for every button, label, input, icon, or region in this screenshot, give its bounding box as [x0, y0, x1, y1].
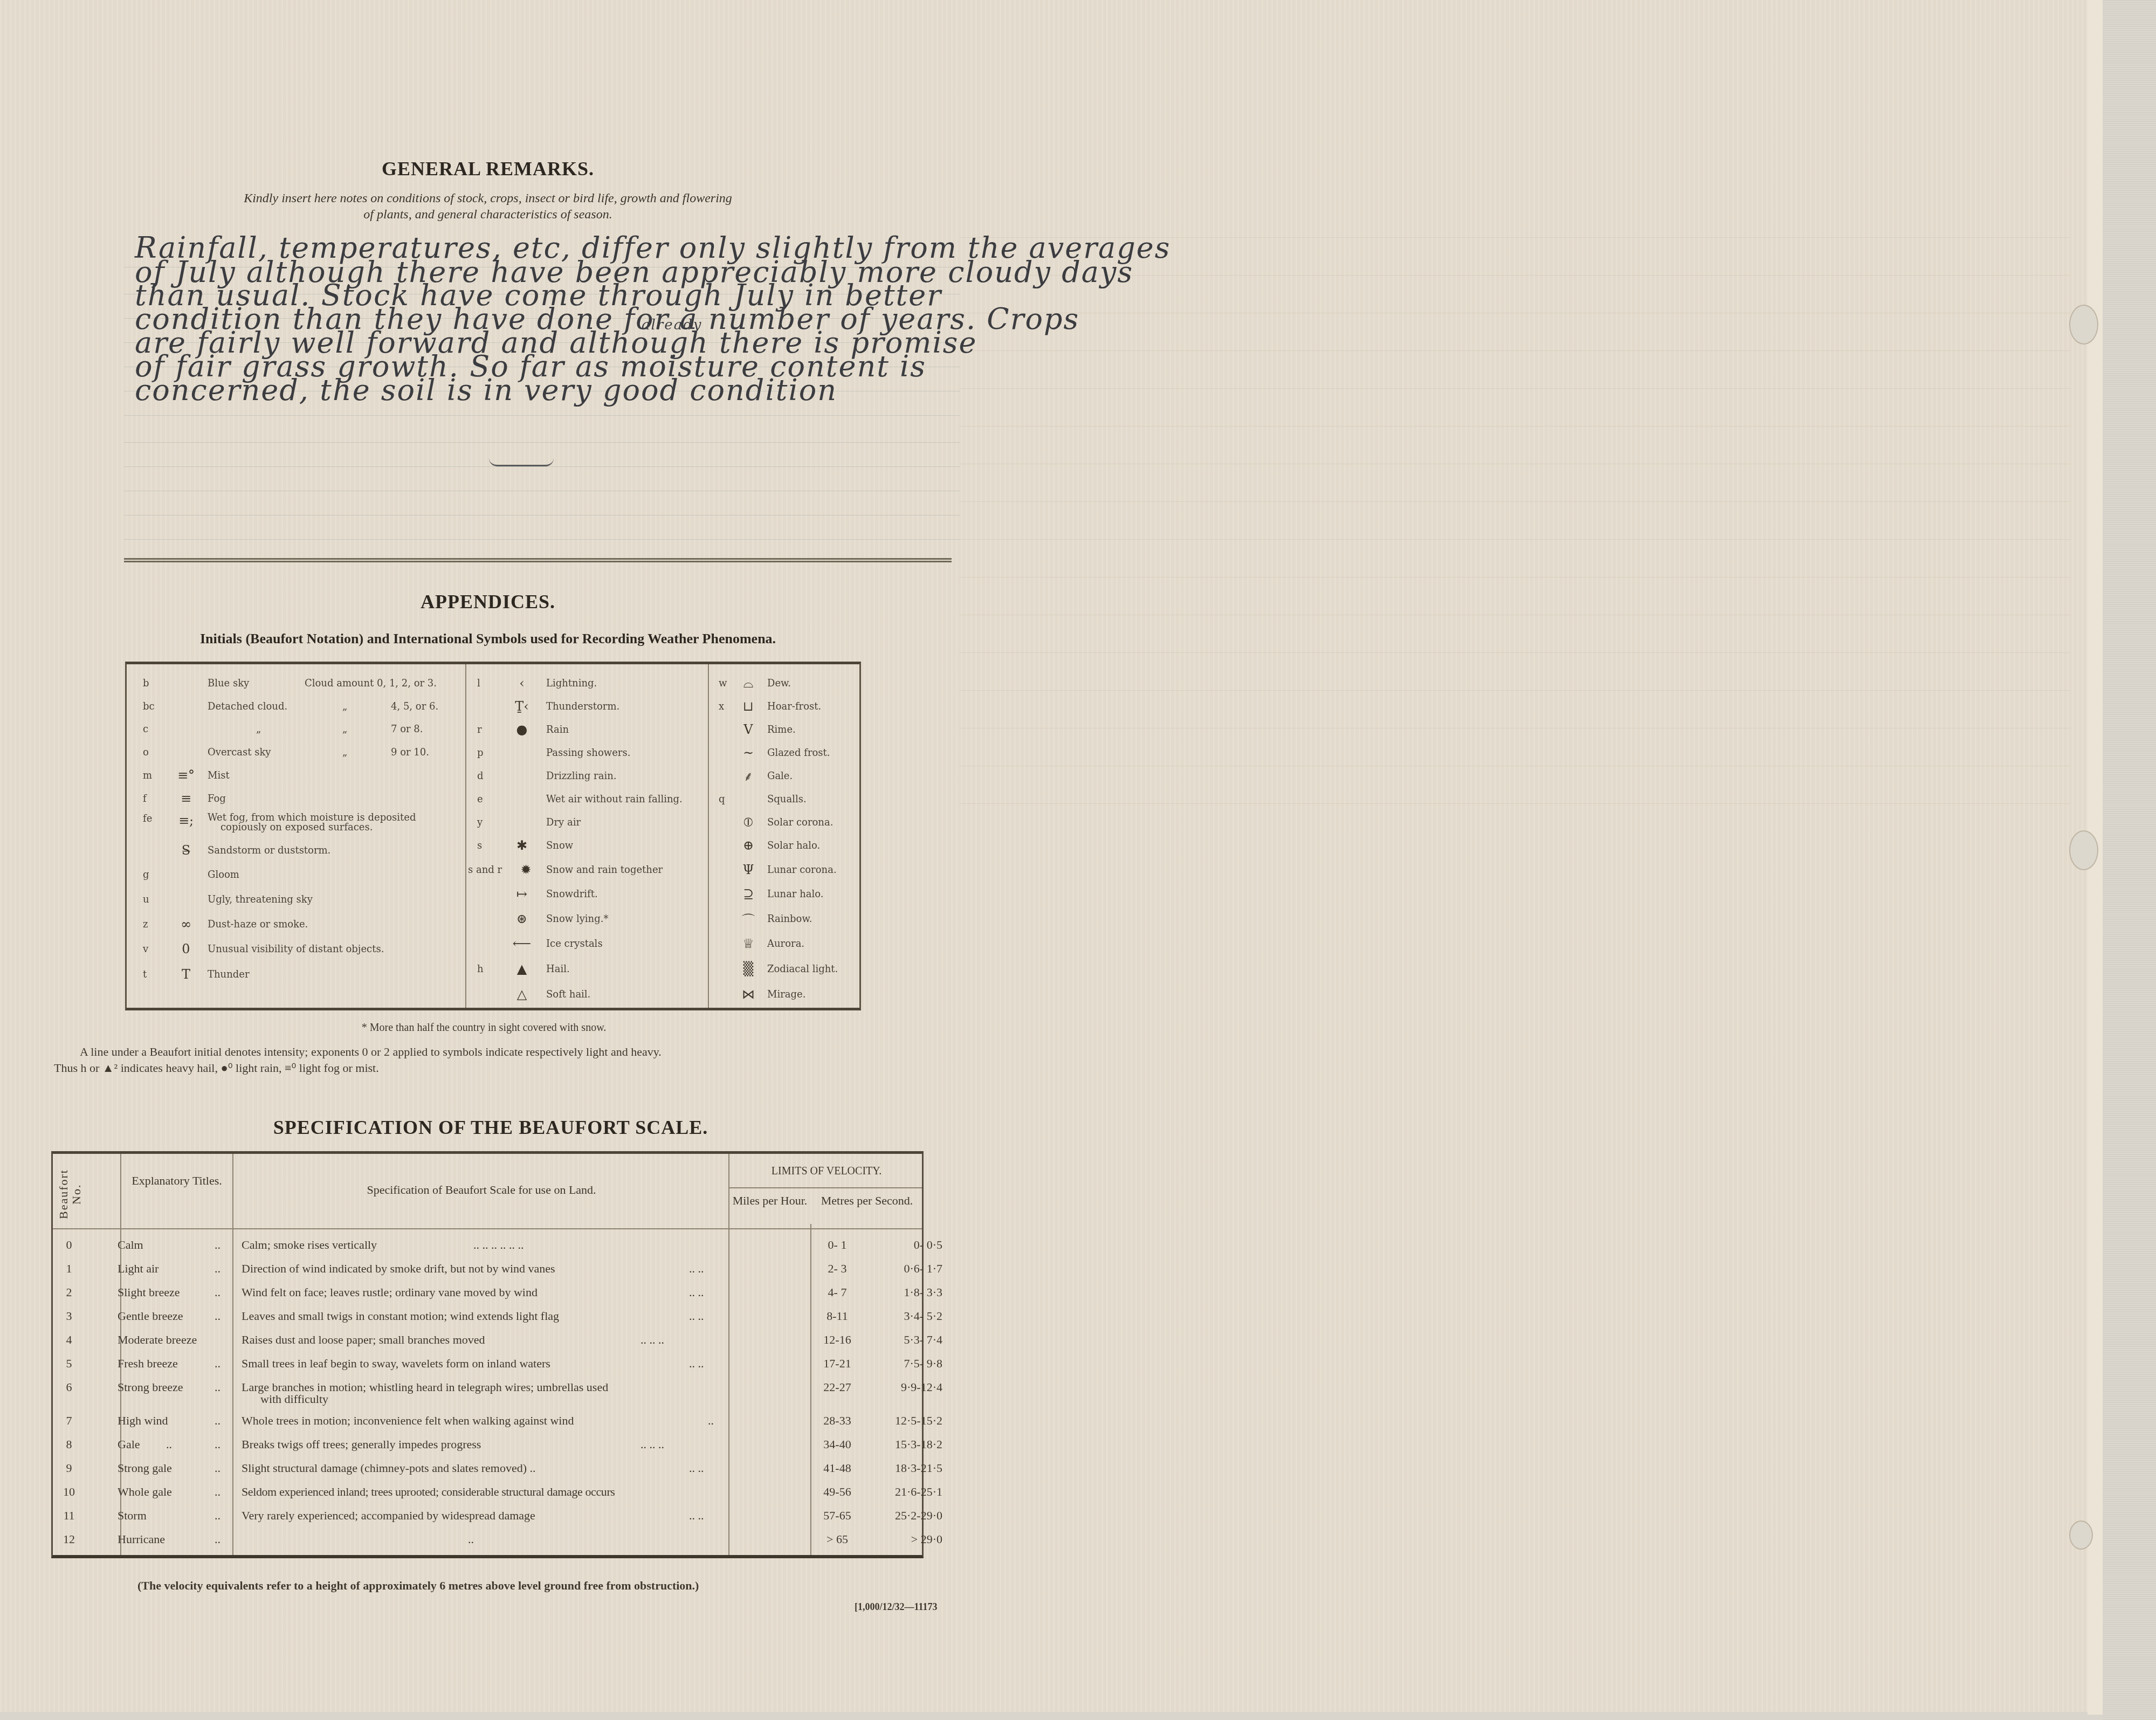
beaufort-number: 3 — [53, 1309, 85, 1323]
beaufort-initial: l — [465, 678, 498, 689]
metres-per-second: 0- 0·5 — [878, 1238, 959, 1252]
lightning-icon: ‹ — [498, 676, 546, 691]
symbols-column-2: l‹Lightning. Ṯ‹Thunderstorm. r●Rain pPa… — [465, 664, 709, 1008]
symbol-row: qSqualls. — [708, 788, 859, 810]
fog-icon: ≡ — [164, 791, 208, 806]
explanatory-title: High wind — [118, 1414, 168, 1428]
leader-dots: .. .. .. — [640, 1333, 664, 1347]
symbol-row: s✱Snow — [465, 835, 708, 856]
cloud-amount: Cloud amount 0, 1, 2, or 3. — [305, 678, 437, 689]
specification: Seldom experienced inland; trees uproote… — [242, 1485, 615, 1499]
cloud-amount: 4, 5, or 6. — [391, 701, 438, 712]
beaufort-initial: y — [465, 817, 498, 828]
leader-dots: .. .. .. — [640, 1437, 664, 1451]
symbol-row: ΨLunar corona. — [708, 859, 859, 880]
explanatory-title: Moderate breeze — [118, 1333, 197, 1347]
miles-per-hour: 17-21 — [808, 1357, 867, 1371]
symbol-row: l‹Lightning. — [465, 672, 708, 694]
leader-dots: .. .. — [689, 1509, 704, 1523]
solar-halo-icon: ⊕ — [729, 838, 767, 853]
ice-crystals-icon: ⟵ — [498, 936, 546, 951]
symbol-row: tTThunder — [127, 964, 465, 985]
explanatory-title: Calm — [118, 1238, 143, 1252]
beaufort-number: 1 — [53, 1262, 85, 1276]
explanatory-title: Slight breeze — [118, 1285, 180, 1299]
specification: Whole trees in motion; inconvenience fel… — [242, 1414, 574, 1428]
table-row: 8Gale....Breaks twigs off trees; general… — [53, 1433, 922, 1457]
cloud-amount: 9 or 10. — [391, 747, 429, 758]
soft-hail-icon: △ — [498, 987, 546, 1002]
header-miles-per-hour: Miles per Hour. — [732, 1194, 808, 1207]
beaufort-initial: h — [465, 964, 498, 975]
leader-dots: .. .. .. .. .. .. — [473, 1238, 524, 1252]
explanatory-title: Light air — [118, 1262, 159, 1276]
symbol-description: Squalls. — [767, 794, 859, 805]
symbol-description: Rain — [546, 724, 708, 735]
symbol-row: pPassing showers. — [465, 742, 708, 763]
weather-symbols-table: bBlue skyCloud amount 0, 1, 2, or 3. bcD… — [125, 662, 861, 1010]
symbol-description: Hoar-frost. — [767, 701, 859, 712]
specification: Leaves and small twigs in constant motio… — [242, 1309, 559, 1323]
metres-per-second: 18·3-21·5 — [878, 1461, 959, 1475]
beaufort-number: 10 — [53, 1485, 85, 1499]
leader-dots: .. .. — [689, 1285, 704, 1299]
metres-per-second: 12·5-15·2 — [878, 1414, 959, 1428]
symbol-row: bBlue skyCloud amount 0, 1, 2, or 3. — [127, 672, 465, 694]
specification-continued: with difficulty — [260, 1392, 328, 1406]
symbol-row: gGloom — [127, 864, 465, 885]
symbol-row: f≡Fog — [127, 788, 465, 809]
symbol-row: eWet air without rain falling. — [465, 788, 708, 810]
beaufort-initial: t — [127, 969, 164, 980]
hoar-frost-icon: ⊔ — [729, 699, 767, 714]
aurora-icon: ♕ — [729, 936, 767, 951]
miles-per-hour: 4- 7 — [808, 1285, 867, 1299]
symbol-row: yDry air — [465, 811, 708, 833]
symbol-description: Solar corona. — [767, 817, 859, 828]
snow-footnote: * More than half the country in sight co… — [124, 1022, 844, 1034]
symbol-description: Rime. — [767, 724, 859, 735]
wet-fog-icon: ≡; — [164, 813, 208, 828]
table-row: 7High wind..Whole trees in motion; incon… — [53, 1409, 922, 1433]
beaufort-initial: o — [127, 747, 164, 758]
explanatory-title: Fresh breeze — [118, 1357, 178, 1371]
symbol-description: Sandstorm or duststorm. — [208, 845, 465, 856]
symbol-description: Thunderstorm. — [546, 701, 708, 712]
backing-cloth — [2103, 0, 2156, 1720]
symbol-row: S̶Sandstorm or duststorm. — [127, 840, 465, 861]
metres-per-second: > 29·0 — [878, 1532, 959, 1546]
explanatory-title: Gale — [118, 1437, 140, 1451]
beaufort-initial: u — [127, 894, 164, 905]
metres-per-second: 7·5- 9·8 — [878, 1357, 959, 1371]
specification: Raises dust and loose paper; small branc… — [242, 1333, 485, 1347]
symbol-description: Passing showers. — [546, 747, 708, 759]
symbol-description: Snow lying.* — [546, 913, 708, 925]
beaufort-heading: SPECIFICATION OF THE BEAUFORT SCALE. — [124, 1116, 857, 1139]
symbol-row: ⊕Solar halo. — [708, 835, 859, 856]
symbol-row: ⦶Solar corona. — [708, 811, 859, 833]
specification: Small trees in leaf begin to sway, wavel… — [242, 1357, 550, 1371]
symbol-row: c„„7 or 8. — [127, 718, 465, 740]
metres-per-second: 9·9-12·4 — [878, 1380, 959, 1394]
intensity-note-line1: A line under a Beaufort initial denotes … — [80, 1045, 662, 1059]
symbol-row: x⊔Hoar-frost. — [708, 696, 859, 717]
beaufort-initial: g — [127, 869, 164, 880]
beaufort-initial: b — [127, 678, 164, 689]
mirage-icon: ⋈ — [729, 987, 767, 1002]
leader-dots: .. — [708, 1414, 714, 1428]
snow-icon: ✱ — [498, 838, 546, 853]
beaufort-initial: fe — [127, 813, 164, 824]
symbol-row: uUgly, threatening sky — [127, 889, 465, 910]
snowdrift-icon: ↦ — [498, 886, 546, 902]
beaufort-initial: q — [708, 794, 729, 805]
metres-per-second: 25·2-29·0 — [878, 1509, 959, 1523]
symbol-description: Thunder — [208, 969, 465, 980]
metres-per-second: 5·3- 7·4 — [878, 1333, 959, 1347]
beaufort-initial: f — [127, 793, 164, 804]
beaufort-initial: z — [127, 919, 164, 930]
symbol-row: ⊇Lunar halo. — [708, 883, 859, 905]
miles-per-hour: 2- 3 — [808, 1262, 867, 1276]
symbol-description: Dry air — [546, 817, 708, 828]
dust-haze-icon: ∞ — [164, 917, 208, 932]
beaufort-initial: x — [708, 701, 729, 712]
symbol-description: Gale. — [767, 770, 859, 782]
miles-per-hour: 0- 1 — [808, 1238, 867, 1252]
symbol-row: ⸙Gale. — [708, 765, 859, 787]
symbol-description: Ice crystals — [546, 938, 708, 950]
beaufort-initial: c — [127, 724, 164, 735]
signature-flourish — [489, 458, 554, 466]
table-row: 0Calm..Calm; smoke rises vertically.. ..… — [53, 1234, 922, 1257]
symbol-description: Gloom — [208, 869, 465, 880]
hail-icon: ▲ — [498, 961, 546, 976]
symbol-row: ▒Zodiacal light. — [708, 958, 859, 980]
specification: Very rarely experienced; accompanied by … — [242, 1509, 535, 1523]
specification: Breaks twigs off trees; generally impede… — [242, 1437, 481, 1451]
symbol-description: Mirage. — [767, 989, 859, 1000]
symbol-row: △Soft hail. — [465, 983, 708, 1005]
beaufort-scale-table: Beaufort No. Explanatory Titles. Specifi… — [51, 1151, 924, 1558]
symbol-description: Ugly, threatening sky — [208, 894, 465, 905]
explanatory-title: Strong gale — [118, 1461, 172, 1475]
miles-per-hour: 12-16 — [808, 1333, 867, 1347]
explanatory-title: Strong breeze — [118, 1380, 183, 1394]
thunderstorm-icon: Ṯ‹ — [498, 699, 546, 714]
symbol-row: fe≡;Wet fog, from which moisture is depo… — [127, 811, 465, 840]
symbols-subheading: Initials (Beaufort Notation) and Interna… — [124, 631, 852, 647]
symbol-description: Unusual visibility of distant objects. — [208, 944, 465, 955]
lunar-halo-icon: ⊇ — [729, 886, 767, 902]
remarks-instructions-line2: of plants, and general characteristics o… — [124, 208, 852, 222]
dew-icon: ⌓ — [729, 676, 767, 691]
beaufort-initial: p — [465, 747, 498, 759]
metres-per-second: 15·3-18·2 — [878, 1437, 959, 1451]
header-metres-per-second: Metres per Second. — [813, 1194, 921, 1207]
leader-dots: .. .. — [689, 1461, 704, 1475]
snow-and-rain-icon: ✹ — [506, 862, 546, 877]
header-limits-of-velocity: LIMITS OF VELOCITY. — [730, 1165, 923, 1178]
beaufort-initial: w — [708, 678, 729, 689]
symbol-row: s and r✹Snow and rain together — [465, 859, 708, 880]
beaufort-number: 8 — [53, 1437, 85, 1451]
beaufort-number: 12 — [53, 1532, 85, 1546]
table-row: 5Fresh breeze..Small trees in leaf begin… — [53, 1352, 922, 1376]
beaufort-initial: m — [127, 770, 164, 781]
specification: Slight structural damage (chimney-pots a… — [242, 1461, 536, 1475]
symbol-row: m≡°Mist — [127, 765, 465, 786]
symbol-row: ⋈Mirage. — [708, 983, 859, 1005]
handwritten-insertion: already — [642, 318, 702, 332]
table-row: 4Moderate breezeRaises dust and loose pa… — [53, 1329, 922, 1352]
symbol-description: Aurora. — [767, 938, 859, 950]
rain-icon: ● — [498, 722, 546, 737]
beaufort-initial: e — [465, 794, 498, 805]
solar-corona-icon: ⦶ — [729, 815, 767, 830]
beaufort-number: 6 — [53, 1380, 85, 1394]
symbol-row: Ṯ‹Thunderstorm. — [465, 696, 708, 717]
beaufort-initial: s — [465, 840, 498, 851]
snow-lying-icon: ⊛ — [498, 911, 546, 926]
punch-hole — [2069, 830, 2098, 870]
beaufort-initial: s and r — [465, 864, 506, 876]
leader-dots: .. .. — [689, 1357, 704, 1371]
intensity-note-line2: Thus h or ▲² indicates heavy hail, ●⁰ li… — [54, 1061, 379, 1075]
miles-per-hour: 28-33 — [808, 1414, 867, 1428]
handwritten-line: concerned, the soil is in very good cond… — [135, 374, 837, 407]
beaufort-initial: bc — [127, 701, 164, 712]
cloud-amount: 7 or 8. — [391, 724, 423, 735]
explanatory-title: Storm — [118, 1509, 147, 1523]
symbol-description: Wet fog, from which moisture is deposite… — [208, 813, 465, 833]
zodiacal-light-icon: ▒ — [729, 961, 767, 976]
miles-per-hour: 22-27 — [808, 1380, 867, 1394]
general-remarks-heading: GENERAL REMARKS. — [124, 157, 852, 180]
symbol-row: ⌒Rainbow. — [708, 908, 859, 930]
beaufort-number: 9 — [53, 1461, 85, 1475]
ditto-mark: „ — [342, 701, 347, 712]
symbol-description: Dust-haze or smoke. — [208, 919, 465, 930]
symbol-row: ↦Snowdrift. — [465, 883, 708, 905]
metres-per-second: 21·6-25·1 — [878, 1485, 959, 1499]
ditto-mark: „ — [342, 724, 347, 735]
table-row: 6Strong breeze..Large branches in motion… — [53, 1376, 922, 1409]
metres-per-second: 1·8- 3·3 — [878, 1285, 959, 1299]
symbol-description: Zodiacal light. — [767, 964, 859, 975]
visibility-icon: 0 — [164, 941, 208, 957]
symbol-row: z∞Dust-haze or smoke. — [127, 913, 465, 935]
header-beaufort-no: Beaufort No. — [57, 1165, 79, 1224]
specification: Direction of wind indicated by smoke dri… — [242, 1262, 555, 1276]
punch-hole — [2069, 305, 2098, 345]
symbol-description: Rainbow. — [767, 913, 859, 925]
miles-per-hour: 34-40 — [808, 1437, 867, 1451]
remarks-instructions-line1: Kindly insert here notes on conditions o… — [124, 191, 852, 206]
symbol-row: v0Unusual visibility of distant objects. — [127, 938, 465, 960]
header-specification: Specification of Beaufort Scale for use … — [236, 1184, 727, 1196]
desc-line: copiously on exposed surfaces. — [208, 822, 373, 833]
explanatory-title: Hurricane — [118, 1532, 165, 1546]
symbol-description: Snow — [546, 840, 708, 851]
metres-per-second: 3·4- 5·2 — [878, 1309, 959, 1323]
leader-dots: .. .. — [689, 1309, 704, 1323]
symbol-description: Mist — [208, 770, 465, 781]
table-row: 10Whole gale..Seldom experienced inland;… — [53, 1481, 922, 1504]
symbol-row: r●Rain — [465, 719, 708, 740]
beaufort-number: 0 — [53, 1238, 85, 1252]
symbols-column-1: bBlue skyCloud amount 0, 1, 2, or 3. bcD… — [127, 664, 466, 1008]
lunar-corona-icon: Ψ — [729, 862, 767, 877]
beaufort-initial: d — [465, 770, 498, 782]
beaufort-initial: r — [465, 724, 498, 735]
table-row: 1Light air..Direction of wind indicated … — [53, 1257, 922, 1281]
table-row: 12Hurricane....> 65> 29·0 — [53, 1528, 922, 1552]
symbol-row: w⌓Dew. — [708, 672, 859, 694]
symbol-row: bcDetached cloud.„4, 5, or 6. — [127, 696, 465, 717]
symbol-row: VRime. — [708, 719, 859, 740]
mist-icon: ≡° — [164, 768, 208, 783]
beaufort-number: 7 — [53, 1414, 85, 1428]
miles-per-hour: > 65 — [808, 1532, 867, 1546]
beaufort-number: 5 — [53, 1357, 85, 1371]
rainbow-icon: ⌒ — [729, 910, 767, 928]
beaufort-number: 4 — [53, 1333, 85, 1347]
symbol-row: ♕Aurora. — [708, 933, 859, 954]
symbol-description: Snowdrift. — [546, 889, 708, 900]
explanatory-title: Gentle breeze — [118, 1309, 183, 1323]
glazed-frost-icon: ∼ — [729, 745, 767, 760]
symbol-row: h▲Hail. — [465, 958, 708, 980]
table-row: 3Gentle breeze..Leaves and small twigs i… — [53, 1305, 922, 1329]
miles-per-hour: 49-56 — [808, 1485, 867, 1499]
appendices-heading: APPENDICES. — [124, 590, 852, 613]
symbol-description: Solar halo. — [767, 840, 859, 851]
sandstorm-icon: S̶ — [164, 843, 208, 858]
rime-icon: V — [729, 722, 767, 737]
metres-per-second: 0·6- 1·7 — [878, 1262, 959, 1276]
symbol-description: Lunar halo. — [767, 889, 859, 900]
symbol-description: Lightning. — [546, 678, 708, 689]
beaufort-initial: v — [127, 944, 164, 955]
symbol-row: ∼Glazed frost. — [708, 742, 859, 763]
symbol-description: Soft hail. — [546, 989, 708, 1000]
symbol-description: Fog — [208, 793, 465, 804]
punch-hole — [2069, 1521, 2093, 1550]
symbol-description: Drizzling rain. — [546, 770, 708, 782]
miles-per-hour: 41-48 — [808, 1461, 867, 1475]
table-row: 2Slight breeze..Wind felt on face; leave… — [53, 1281, 922, 1305]
specification: Wind felt on face; leaves rustle; ordina… — [242, 1285, 538, 1299]
ditto-mark: „ — [342, 747, 347, 758]
symbol-row: oOvercast sky„9 or 10. — [127, 741, 465, 763]
print-code: [1,000/12/32—11173 — [855, 1601, 938, 1613]
symbol-description: Dew. — [767, 678, 859, 689]
symbol-row: dDrizzling rain. — [465, 765, 708, 787]
explanatory-title: Whole gale — [118, 1485, 172, 1499]
velocity-footnote: (The velocity equivalents refer to a hei… — [137, 1579, 699, 1593]
gale-icon: ⸙ — [729, 767, 767, 785]
symbols-column-3: w⌓Dew. x⊔Hoar-frost. VRime. ∼Glazed fros… — [708, 664, 859, 1008]
symbol-row: ⟵Ice crystals — [465, 933, 708, 954]
symbol-description: Snow and rain together — [546, 864, 708, 876]
miles-per-hour: 57-65 — [808, 1509, 867, 1523]
symbol-description: Hail. — [546, 964, 708, 975]
thunder-icon: T — [164, 967, 208, 982]
table-row: 9Strong gale..Slight structural damage (… — [53, 1457, 922, 1481]
beaufort-number: 2 — [53, 1285, 85, 1299]
symbol-row: ⊛Snow lying.* — [465, 908, 708, 930]
section-divider — [124, 558, 952, 562]
header-explanatory-titles: Explanatory Titles. — [123, 1174, 231, 1187]
miles-per-hour: 8-11 — [808, 1309, 867, 1323]
leader-dots: .. .. — [689, 1262, 704, 1276]
symbol-description: Glazed frost. — [767, 747, 859, 759]
symbol-description: Lunar corona. — [767, 864, 859, 876]
symbol-description: „ — [208, 724, 465, 735]
specification: Calm; smoke rises vertically — [242, 1238, 377, 1252]
beaufort-number: 11 — [53, 1509, 85, 1523]
symbol-description: Wet air without rain falling. — [546, 794, 708, 805]
table-row: 11Storm..Very rarely experienced; accomp… — [53, 1504, 922, 1528]
